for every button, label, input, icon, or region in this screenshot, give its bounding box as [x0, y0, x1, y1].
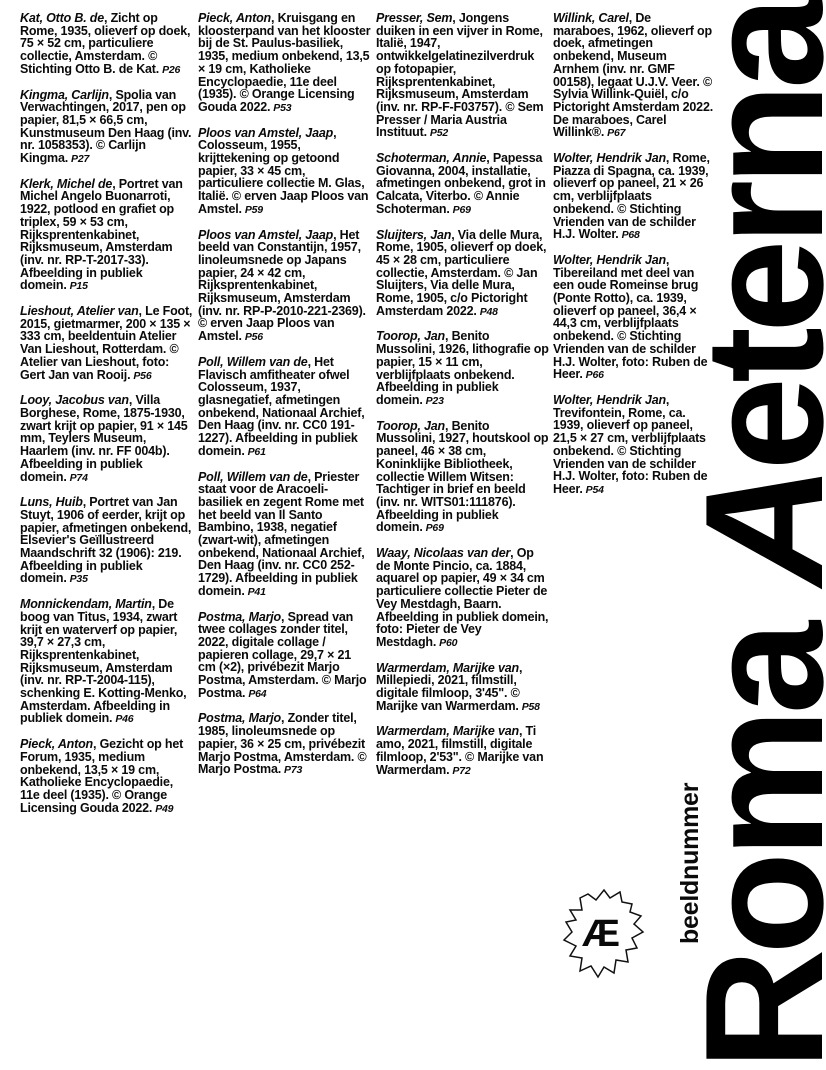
page-reference: P15 [70, 280, 88, 292]
page-reference: P49 [155, 803, 173, 815]
page-reference: P69 [426, 522, 444, 534]
credit-entry: Ploos van Amstel, Jaap, Het beeld van Co… [198, 229, 371, 344]
credit-entry: Ploos van Amstel, Jaap, Colosseum, 1955,… [198, 127, 371, 217]
page-reference: P59 [245, 204, 263, 216]
logo-monogram: Æ [582, 913, 620, 955]
credit-entry: Poll, Willem van de, Het Flavisch amfith… [198, 356, 371, 459]
credit-text: , Spread van twee collages zonder titel,… [198, 610, 367, 700]
credit-text: , Colosseum, 1955, krijttekening op geto… [198, 126, 368, 216]
credit-entry: Postma, Marjo, Zonder titel, 1985, linol… [198, 712, 371, 777]
page-reference: P74 [70, 472, 88, 484]
credit-entry: Postma, Marjo, Spread van twee collages … [198, 611, 371, 701]
page-reference: P54 [586, 484, 604, 496]
credit-entry: Toorop, Jan, Benito Mussolini, 1927, hou… [376, 420, 549, 535]
roma-aeterna-logo: Æ [560, 882, 648, 982]
credit-entry: Waay, Nicolaas van der, Op de Monte Pinc… [376, 547, 549, 650]
credit-entry: Pieck, Anton, Gezicht op het Forum, 1935… [20, 738, 193, 815]
credit-text: , Het beeld van Constantijn, 1957, linol… [198, 228, 366, 344]
page-reference: P66 [586, 369, 604, 381]
credit-text: , Benito Mussolini, 1927, houtskool op p… [376, 419, 548, 535]
page-reference: P68 [622, 229, 640, 241]
credit-entry: Warmerdam, Marijke van, Millepiedi, 2021… [376, 662, 549, 714]
page-reference: P52 [430, 127, 448, 139]
credits-page: Kat, Otto B. de, Zicht op Rome, 1935, ol… [0, 0, 826, 1070]
page-reference: P67 [607, 127, 625, 139]
page-reference: P26 [162, 64, 180, 76]
credit-entry: Luns, Huib, Portret van Jan Stuyt, 1906 … [20, 496, 193, 586]
credit-entry: Toorop, Jan, Benito Mussolini, 1926, lit… [376, 330, 549, 407]
page-reference: P48 [480, 306, 498, 318]
page-reference: P69 [453, 204, 471, 216]
credit-entry: Looy, Jacobus van, Villa Borghese, Rome,… [20, 394, 193, 484]
wordmark-aeterna-initial: A [670, 471, 826, 586]
credit-text: , Het Flavisch amfitheater ofwel Colosse… [198, 355, 365, 458]
credit-text: , Villa Borghese, Rome, 1875-1930, zwart… [20, 393, 188, 483]
page-reference: P46 [115, 713, 133, 725]
credit-entry: Presser, Sem, Jongens duiken in een vijv… [376, 12, 549, 140]
page-reference: P64 [248, 688, 266, 700]
credit-entry: Klerk, Michel de, Portret van Michel Ang… [20, 178, 193, 293]
page-reference: P73 [284, 764, 302, 776]
rome-map-outline-icon: Æ [560, 882, 648, 982]
page-reference: P60 [439, 637, 457, 649]
page-reference: P56 [133, 370, 151, 382]
credits-column-3: Presser, Sem, Jongens duiken in een vijv… [376, 12, 549, 789]
credit-text: , Via delle Mura, Rome, 1905, olieverf o… [376, 228, 546, 318]
credit-text: , De boog van Titus, 1934, zwart krijt e… [20, 597, 186, 725]
credit-entry: Lieshout, Atelier van, Le Foot, 2015, gi… [20, 305, 193, 382]
page-reference: P61 [248, 446, 266, 458]
credit-text: , Kruisgang en kloosterpand van het kloo… [198, 11, 370, 114]
page-reference: P35 [70, 573, 88, 585]
beeldnummer-label: beeldnummer [676, 783, 705, 944]
wordmark-aeterna-rest: eterna [670, 2, 826, 471]
credits-column-1: Kat, Otto B. de, Zicht op Rome, 1935, ol… [20, 12, 193, 827]
page-reference: P41 [248, 586, 266, 598]
credit-text: , Portret van Michel Angelo Buonarroti, … [20, 177, 183, 293]
credit-entry: Monnickendam, Martin, De boog van Titus,… [20, 598, 193, 726]
page-reference: P27 [71, 153, 89, 165]
credit-entry: Warmerdam, Marijke van, Ti amo, 2021, fi… [376, 725, 549, 777]
page-reference: P58 [522, 701, 540, 713]
credit-text: , Priester staat voor de Aracoeli-basili… [198, 470, 365, 598]
credit-entry: Kat, Otto B. de, Zicht op Rome, 1935, ol… [20, 12, 193, 77]
credit-text: , Jongens duiken in een vijver in Rome, … [376, 11, 543, 139]
page-reference: P53 [273, 102, 291, 114]
page-reference: P56 [245, 331, 263, 343]
credit-text: , Portret van Jan Stuyt, 1906 of eerder,… [20, 495, 191, 585]
credit-entry: Poll, Willem van de, Priester staat voor… [198, 471, 371, 599]
credit-entry: Pieck, Anton, Kruisgang en kloosterpand … [198, 12, 371, 115]
credit-entry: Kingma, Carlijn, Spolia van Verwachtinge… [20, 89, 193, 166]
page-reference: P23 [426, 395, 444, 407]
credit-text: , Op de Monte Pincio, ca. 1884, aquarel … [376, 546, 548, 649]
page-reference: P72 [452, 765, 470, 777]
credit-entry: Schoterman, Annie, Papessa Giovanna, 200… [376, 152, 549, 217]
credit-entry: Sluijters, Jan, Via delle Mura, Rome, 19… [376, 229, 549, 319]
credits-column-2: Pieck, Anton, Kruisgang en kloosterpand … [198, 12, 371, 789]
